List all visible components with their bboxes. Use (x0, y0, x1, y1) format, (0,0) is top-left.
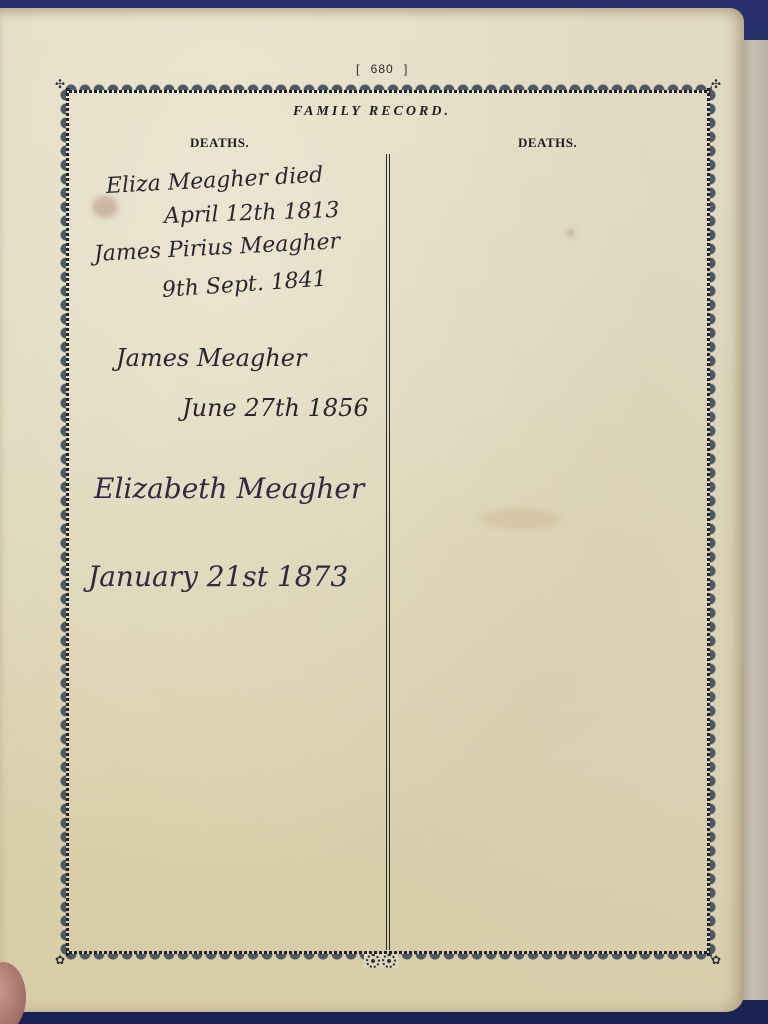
corner-ornament-icon: ✣ (710, 78, 722, 90)
entry-name: Eliza Meagher died (105, 163, 324, 199)
rosette-icon (366, 954, 380, 968)
entry-date: June 27th 1856 (182, 394, 369, 422)
entry-name: Elizabeth Meagher (94, 472, 364, 505)
corner-rosette-icon: ✿ (54, 954, 66, 966)
book-page: [ 680 ] ✣ ✣ ✿ ✿ FAMILY RECORD. DEATHS. D… (0, 8, 744, 1012)
corner-rosette-icon: ✿ (710, 954, 722, 966)
deaths-column-left: Eliza Meagher died April 12th 1813 James… (66, 154, 386, 950)
entry-name: James Pirius Meagher (93, 229, 340, 267)
border-top (64, 78, 712, 90)
corner-ornament-icon: ✣ (54, 78, 66, 90)
border-right (710, 88, 722, 956)
page-title: FAMILY RECORD. (0, 104, 744, 120)
page-number: [ 680 ] (356, 62, 408, 76)
border-left (54, 88, 66, 956)
column-divider (386, 154, 390, 950)
entry-date: 9th Sept. 1841 (161, 267, 327, 303)
deaths-column-right (392, 154, 708, 950)
entry-date: January 21st 1873 (88, 560, 348, 593)
entry-name: James Meagher (116, 344, 306, 372)
entry-date: April 12th 1813 (164, 198, 340, 229)
right-column-heading: DEATHS. (518, 135, 577, 151)
bottom-center-ornament (364, 954, 398, 968)
rosette-icon (382, 954, 396, 968)
left-column-heading: DEATHS. (190, 135, 249, 151)
